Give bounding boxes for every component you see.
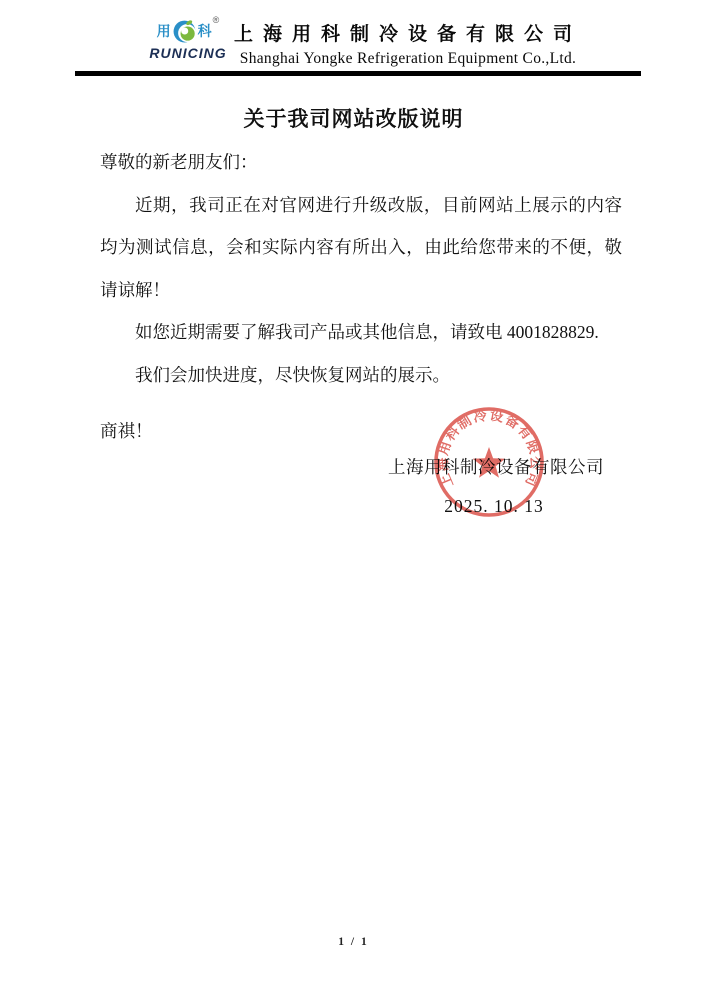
logo-cn-right-char: 科 — [198, 24, 212, 38]
body-paragraph: 近期，我司正在对官网进行升级改版，目前网站上展示的内容均为测试信息，会和实际内容… — [100, 184, 622, 312]
seal-star-icon — [473, 447, 505, 478]
company-seal-stamp: 上海用科制冷设备有限公司 — [429, 402, 549, 522]
company-logo: 用 科 ® RUNICING — [138, 18, 238, 61]
company-name-chinese: 上海用科制冷设备有限公司 — [228, 19, 588, 46]
globe-swirl-icon — [172, 19, 197, 44]
body-paragraph: 我们会加快进度，尽快恢复网站的展示。 — [100, 354, 622, 397]
body-paragraph: 如您近期需要了解我司产品或其他信息，请致电 4001828829. — [100, 311, 622, 354]
page-number-indicator: 1 / 1 — [0, 936, 707, 948]
document-page: 用 科 ® RUNICING 上海用科制冷设备有限公司 Shanghai Yon… — [0, 0, 707, 1000]
document-title: 关于我司网站改版说明 — [0, 103, 707, 133]
logo-brand-text: RUNICING — [138, 45, 238, 61]
salutation-line: 尊敬的新老朋友们： — [100, 141, 622, 184]
registered-trademark-mark: ® — [213, 16, 220, 25]
company-name-block: 上海用科制冷设备有限公司 Shanghai Yongke Refrigerati… — [228, 19, 588, 68]
company-name-english: Shanghai Yongke Refrigeration Equipment … — [228, 50, 588, 68]
letterhead: 用 科 ® RUNICING 上海用科制冷设备有限公司 Shanghai Yon… — [0, 0, 707, 80]
logo-cn-left-char: 用 — [157, 24, 171, 38]
header-divider-rule — [75, 71, 641, 76]
